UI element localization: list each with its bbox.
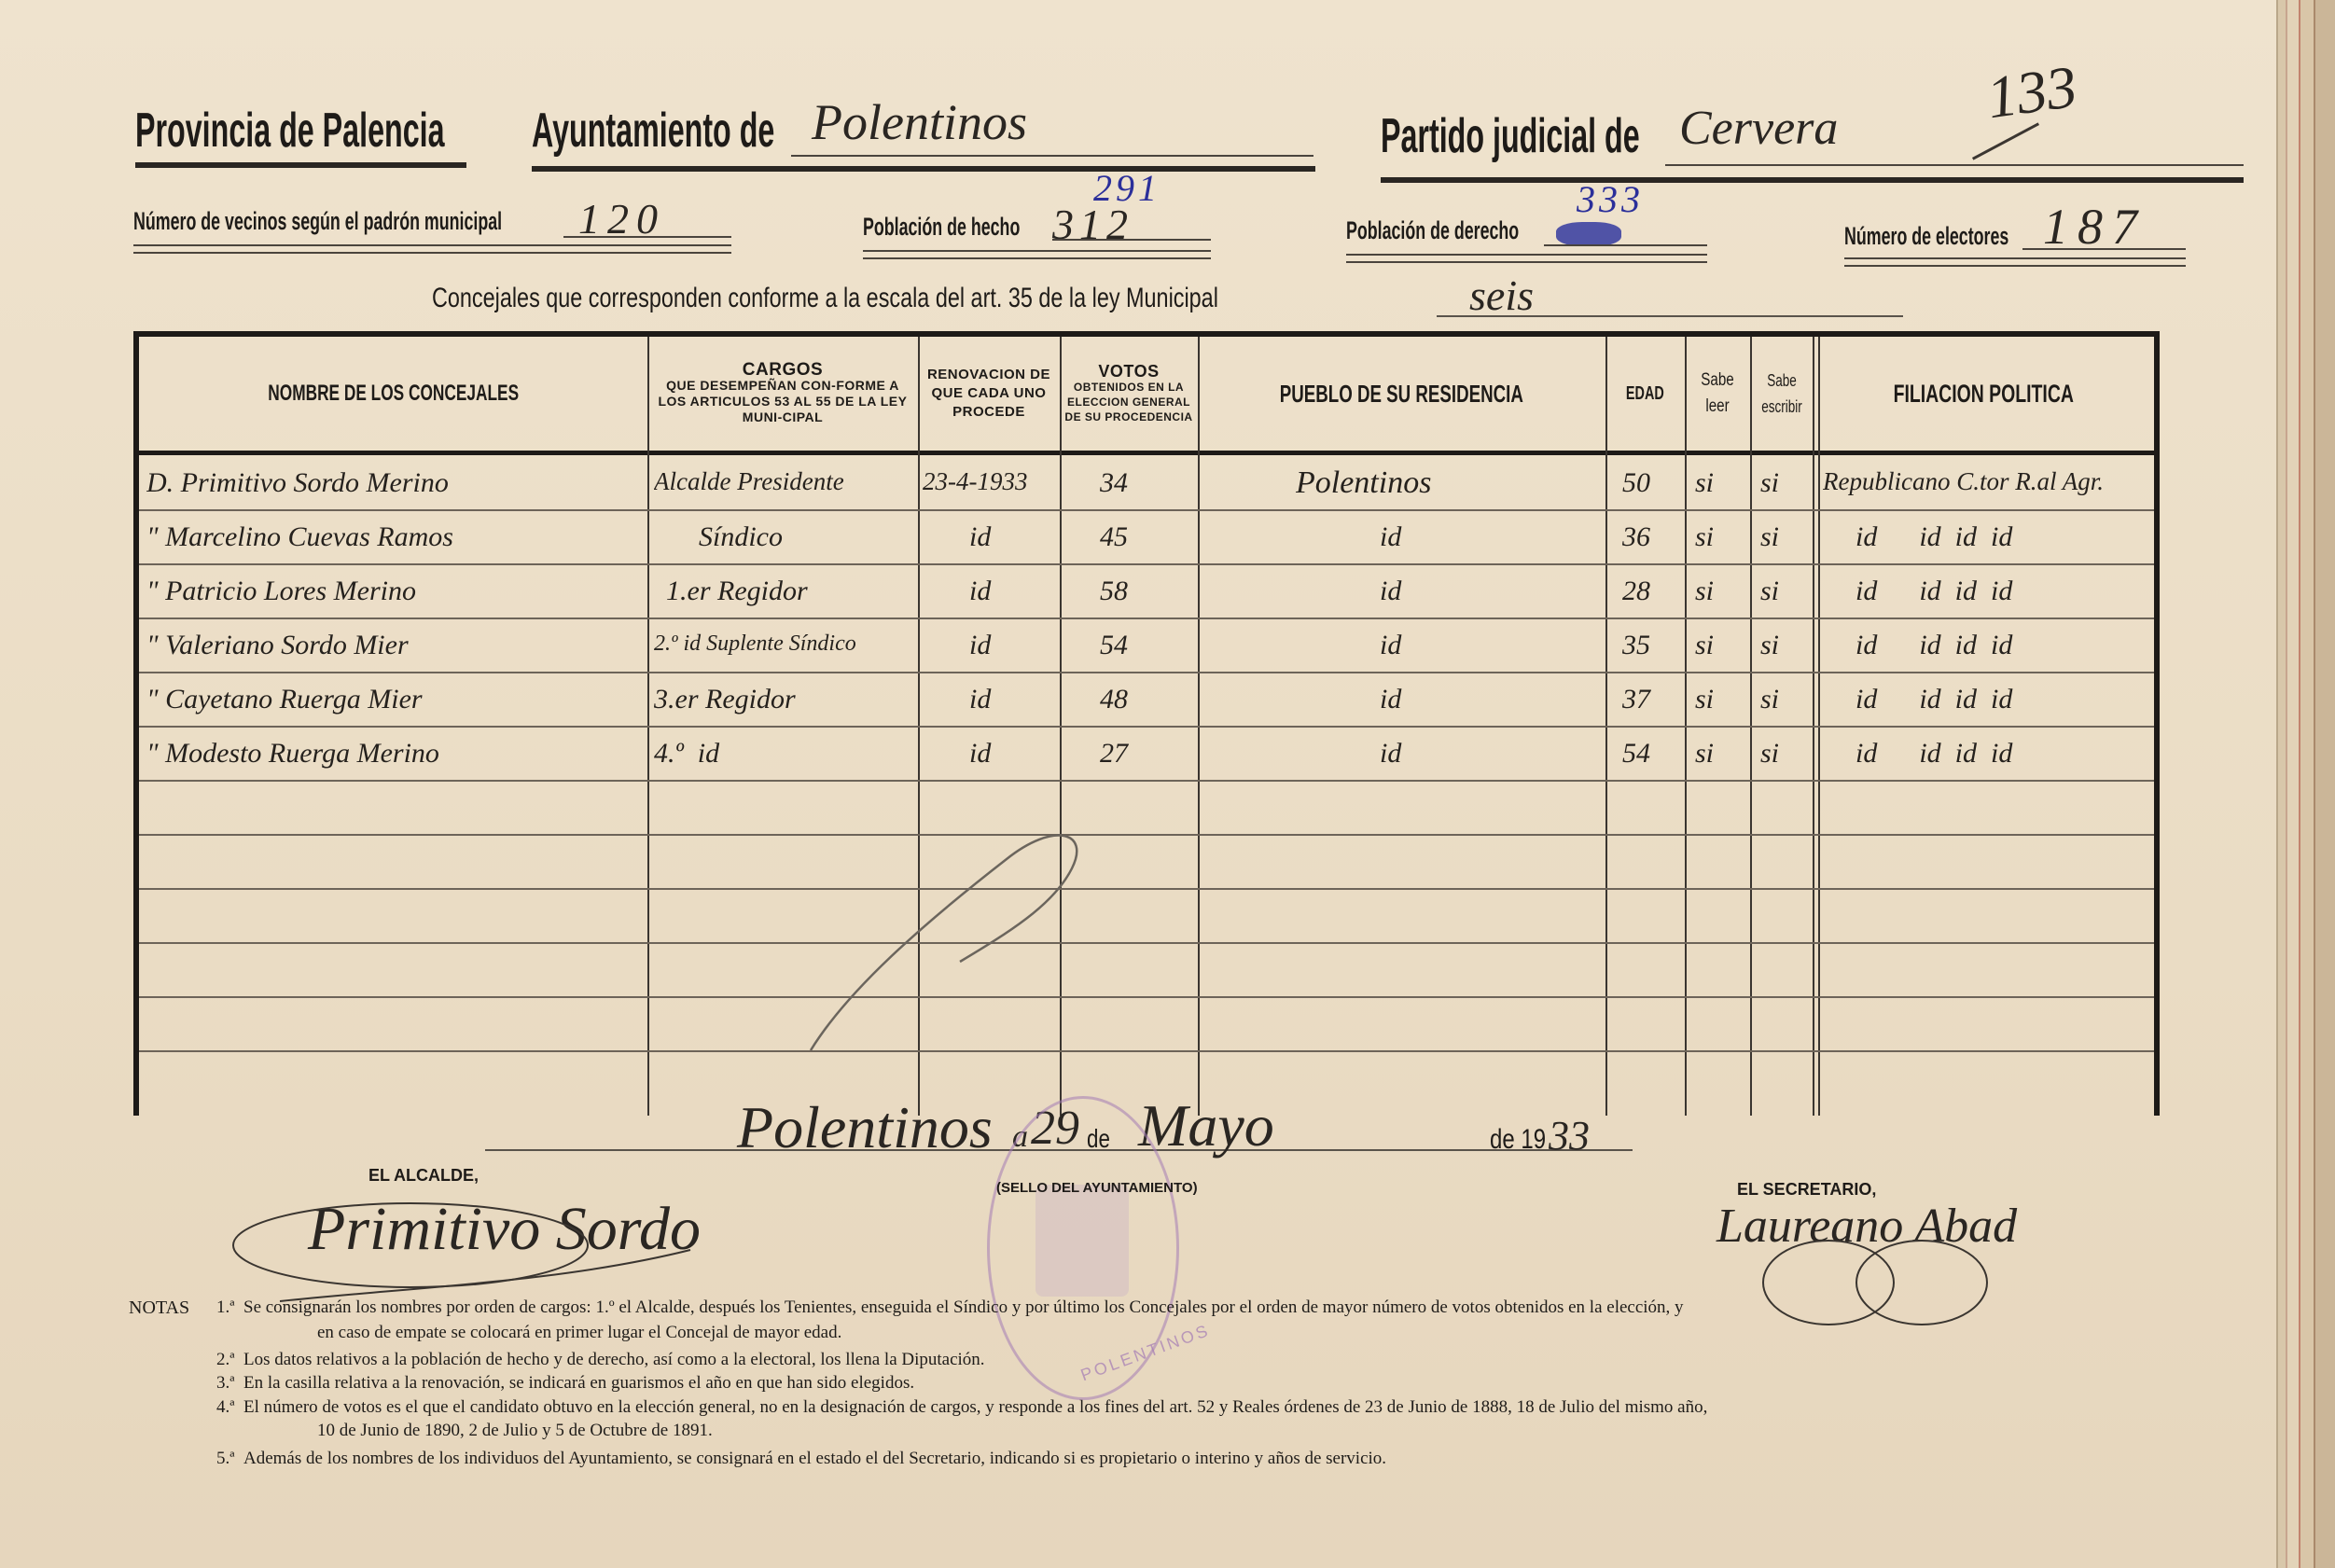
cell-cargo: Alcalde Presidente bbox=[654, 467, 920, 496]
date-place: Polentinos bbox=[737, 1093, 993, 1162]
cell-sabe-escribir: si bbox=[1760, 467, 1812, 499]
ayuntamiento-label: Ayuntamiento de bbox=[532, 103, 774, 159]
date-month: Mayo bbox=[1138, 1091, 1274, 1160]
header-pueblo: PUEBLO DE SU RESIDENCIA bbox=[1198, 337, 1605, 451]
cell-renovacion: id bbox=[969, 630, 1058, 661]
cell-sabe-leer: si bbox=[1695, 467, 1746, 499]
header-votos: VOTOS OBTENIDOS EN LA ELECCION GENERAL D… bbox=[1060, 337, 1198, 451]
concejales-field: Concejales que corresponden conforme a l… bbox=[432, 283, 1440, 314]
poblacion-hecho-fill-line bbox=[1052, 239, 1211, 241]
electores-value: 187 bbox=[2043, 198, 2147, 256]
cell-filiacion: id id id id bbox=[1855, 738, 2145, 770]
cell-nombre: " Valeriano Sordo Mier bbox=[146, 630, 646, 661]
vecinos-fill-line bbox=[563, 236, 731, 238]
cell-sabe-escribir: si bbox=[1760, 738, 1812, 770]
cell-renovacion: id bbox=[969, 738, 1058, 770]
cell-sabe-escribir: si bbox=[1760, 576, 1812, 607]
cell-pueblo: id bbox=[1380, 521, 1566, 553]
cell-filiacion: Republicano C.tor R.al Agr. bbox=[1823, 467, 2147, 496]
cell-sabe-escribir: si bbox=[1760, 521, 1812, 553]
electores-rule-2 bbox=[1844, 265, 2186, 267]
cell-edad: 37 bbox=[1622, 684, 1683, 715]
note-item: 4.ª El número de votos es el que el cand… bbox=[216, 1397, 1707, 1418]
concejales-value: seis bbox=[1469, 271, 1534, 320]
cell-nombre: " Patricio Lores Merino bbox=[146, 576, 646, 607]
cell-cargo: 4.º id bbox=[654, 738, 918, 770]
cell-renovacion: 23-4-1933 bbox=[923, 467, 1058, 496]
cell-nombre: " Cayetano Ruerga Mier bbox=[146, 684, 646, 715]
row-rule bbox=[139, 780, 2154, 782]
cell-sabe-leer: si bbox=[1695, 630, 1746, 661]
page-number: 133 bbox=[1982, 52, 2080, 133]
partido-label: Partido judicial de bbox=[1381, 108, 1640, 164]
concejales-label: Concejales que corresponden conforme a l… bbox=[432, 283, 1218, 314]
cell-pueblo: id bbox=[1380, 684, 1566, 715]
cell-nombre: D. Primitivo Sordo Merino bbox=[146, 467, 646, 499]
concejales-fill-line bbox=[1437, 315, 1903, 317]
cell-votos: 48 bbox=[1100, 684, 1193, 715]
cell-sabe-escribir: si bbox=[1760, 630, 1812, 661]
electores-label: Número de electores bbox=[1844, 222, 2008, 251]
poblacion-derecho-scribble bbox=[1556, 222, 1621, 246]
partido-underline bbox=[1381, 177, 2244, 183]
provincia-underline bbox=[135, 162, 466, 168]
header-sabe-escribir: Sabe escribir bbox=[1750, 337, 1813, 451]
poblacion-derecho-rule-1 bbox=[1346, 254, 1707, 256]
cell-filiacion: id id id id bbox=[1855, 521, 2145, 553]
poblacion-derecho-correction: 333 bbox=[1577, 177, 1644, 221]
alcalde-label: EL ALCALDE, bbox=[368, 1166, 479, 1186]
cell-cargo: 1.er Regidor bbox=[666, 576, 918, 607]
cell-filiacion: id id id id bbox=[1855, 684, 2145, 715]
cell-edad: 36 bbox=[1622, 521, 1683, 553]
cell-votos: 27 bbox=[1100, 738, 1193, 770]
date-year-suffix: 33 bbox=[1549, 1112, 1590, 1159]
electores-rule-1 bbox=[1844, 257, 2186, 259]
partido-fill-line bbox=[1665, 164, 2244, 166]
cell-pueblo: Polentinos bbox=[1296, 465, 1604, 501]
page-stack-edge bbox=[2314, 0, 2335, 1568]
cell-renovacion: id bbox=[969, 684, 1058, 715]
cell-edad: 35 bbox=[1622, 630, 1683, 661]
cell-renovacion: id bbox=[969, 521, 1058, 553]
cell-sabe-leer: si bbox=[1695, 738, 1746, 770]
table-header-rule bbox=[139, 451, 2154, 455]
cell-cargo: 3.er Regidor bbox=[654, 684, 918, 715]
cell-renovacion: id bbox=[969, 576, 1058, 607]
vecinos-rule-2 bbox=[133, 252, 731, 254]
cell-nombre: " Modesto Ruerga Merino bbox=[146, 738, 646, 770]
note-item: 3.ª En la casilla relativa a la renovaci… bbox=[216, 1373, 914, 1394]
cell-votos: 34 bbox=[1100, 467, 1193, 499]
note-item: 1.ª Se consignarán los nombres por orden… bbox=[216, 1297, 1684, 1318]
cell-sabe-escribir: si bbox=[1760, 684, 1812, 715]
row-rule bbox=[139, 834, 2154, 836]
header-sabe-leer: Sabe leer bbox=[1685, 337, 1750, 451]
cancellation-stroke bbox=[792, 822, 1091, 1064]
cell-filiacion: id id id id bbox=[1855, 630, 2145, 661]
vecinos-rule-1 bbox=[133, 244, 731, 246]
cell-edad: 54 bbox=[1622, 738, 1683, 770]
notes-title: NOTAS bbox=[129, 1297, 189, 1318]
secretario-signature-flourish bbox=[1744, 1231, 2006, 1334]
cell-votos: 54 bbox=[1100, 630, 1193, 661]
ayuntamiento-underline bbox=[532, 166, 1315, 172]
header-renovacion: RENOVACION DE QUE CADA UNO PROCEDE bbox=[918, 337, 1060, 451]
stamp-crest-icon bbox=[1035, 1185, 1129, 1297]
poblacion-derecho-rule-2 bbox=[1346, 261, 1707, 263]
vecinos-label: Número de vecinos según el padrón munici… bbox=[133, 207, 502, 236]
header-cargos: CARGOS QUE DESEMPEÑAN CON-FORME A LOS AR… bbox=[647, 337, 918, 451]
sello-label: (SELLO DEL AYUNTAMIENTO) bbox=[996, 1180, 1198, 1196]
notes-section: NOTAS bbox=[129, 1297, 189, 1319]
electores-fill-line bbox=[2022, 248, 2186, 250]
ayuntamiento-fill-line bbox=[791, 155, 1313, 157]
secretario-label: EL SECRETARIO, bbox=[1737, 1180, 1876, 1200]
header-nombre: NOMBRE DE LOS CONCEJALES bbox=[139, 337, 647, 451]
poblacion-derecho-label: Población de derecho bbox=[1346, 216, 1519, 245]
row-rule bbox=[139, 942, 2154, 944]
ayuntamiento-value: Polentinos bbox=[812, 93, 1027, 151]
cell-votos: 45 bbox=[1100, 521, 1193, 553]
row-rule bbox=[139, 672, 2154, 673]
row-rule bbox=[139, 563, 2154, 565]
concejales-table: NOMBRE DE LOS CONCEJALES CARGOS QUE DESE… bbox=[133, 331, 2160, 1116]
cell-votos: 58 bbox=[1100, 576, 1193, 607]
poblacion-hecho-value: 312 bbox=[1052, 200, 1133, 249]
cell-sabe-leer: si bbox=[1695, 521, 1746, 553]
row-rule bbox=[139, 726, 2154, 728]
note-continuation: 10 de Junio de 1890, 2 de Julio y 5 de O… bbox=[317, 1421, 713, 1441]
cell-pueblo: id bbox=[1380, 576, 1566, 607]
cell-sabe-leer: si bbox=[1695, 684, 1746, 715]
cell-pueblo: id bbox=[1380, 630, 1566, 661]
header-filiacion: FILIACION POLITICA bbox=[1818, 337, 2148, 451]
note-item: 2.ª Los datos relativos a la población d… bbox=[216, 1350, 985, 1370]
note-continuation: en caso de empate se colocará en primer … bbox=[317, 1323, 841, 1343]
row-rule bbox=[139, 996, 2154, 998]
cell-cargo: Síndico bbox=[699, 521, 918, 553]
note-item: 5.ª Además de los nombres de los individ… bbox=[216, 1449, 1386, 1469]
poblacion-derecho-fill-line bbox=[1544, 244, 1707, 246]
partido-value: Cervera bbox=[1679, 101, 1838, 156]
cell-edad: 28 bbox=[1622, 576, 1683, 607]
poblacion-hecho-rule-2 bbox=[863, 257, 1211, 259]
provincia-label: Provincia de Palencia bbox=[135, 103, 445, 159]
cell-filiacion: id id id id bbox=[1855, 576, 2145, 607]
poblacion-hecho-rule-1 bbox=[863, 250, 1211, 252]
row-rule bbox=[139, 1050, 2154, 1052]
row-rule bbox=[139, 617, 2154, 619]
cell-nombre: " Marcelino Cuevas Ramos bbox=[146, 521, 646, 553]
row-rule bbox=[139, 888, 2154, 890]
poblacion-hecho-label: Población de hecho bbox=[863, 213, 1020, 242]
cell-pueblo: id bbox=[1380, 738, 1566, 770]
cell-sabe-leer: si bbox=[1695, 576, 1746, 607]
cell-edad: 50 bbox=[1622, 467, 1683, 499]
cell-cargo: 2.º id Suplente Síndico bbox=[654, 631, 918, 657]
row-rule bbox=[139, 509, 2154, 511]
header-edad: EDAD bbox=[1605, 337, 1685, 451]
